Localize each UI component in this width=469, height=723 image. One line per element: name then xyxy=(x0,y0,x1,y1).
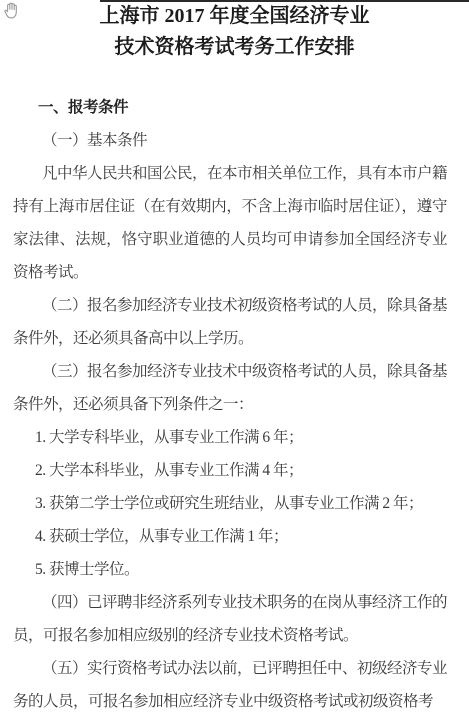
document-title-line-2: 技术资格考试考务工作安排 xyxy=(0,32,469,63)
list-item-3: 3. 获第二学士学位或研究生班结业，从事专业工作满 2 年； xyxy=(13,487,447,520)
doc-line: 务的人员，可报名参加相应经济专业中级资格考试或初级资格考试。 xyxy=(13,685,447,718)
list-item-4: 4. 获硕士学位，从事专业工作满 1 年； xyxy=(13,520,447,553)
doc-line: （四）已评聘非经济系列专业技术职务的在岗从事经济工作的人 xyxy=(13,586,447,619)
doc-line: 条件外，还必须具备高中以上学历。 xyxy=(13,322,447,355)
doc-line: 条件外，还必须具备下列条件之一： xyxy=(13,388,447,421)
document-title: 上海市 2017 年度全国经济专业 技术资格考试考务工作安排 xyxy=(0,0,469,63)
subsection-heading-1: （一）基本条件 xyxy=(13,124,447,157)
document-page: 上海市 2017 年度全国经济专业 技术资格考试考务工作安排 一、报考条件 （一… xyxy=(0,0,469,723)
doc-line: （五）实行资格考试办法以前，已评聘担任中、初级经济专业职 xyxy=(13,652,447,685)
doc-line: 家法律、法规，恪守职业道德的人员均可申请参加全国经济专业技术 xyxy=(13,223,447,256)
doc-line: （二）报名参加经济专业技术初级资格考试的人员，除具备基本 xyxy=(13,289,447,322)
list-item-2: 2. 大学本科毕业，从事专业工作满 4 年； xyxy=(13,454,447,487)
doc-line: （三）报名参加经济专业技术中级资格考试的人员，除具备基本 xyxy=(13,355,447,388)
document-body: 一、报考条件 （一）基本条件 凡中华人民共和国公民，在本市相关单位工作，具有本市… xyxy=(13,91,447,718)
doc-line: 员，可报名参加相应级别的经济专业技术资格考试。 xyxy=(13,619,447,652)
list-item-5: 5. 获博士学位。 xyxy=(13,553,447,586)
top-edge-artifact-line xyxy=(100,0,469,2)
grab-hand-icon xyxy=(3,2,19,20)
doc-line: 资格考试。 xyxy=(13,256,447,289)
list-item-1: 1. 大学专科毕业，从事专业工作满 6 年； xyxy=(13,421,447,454)
section-heading: 一、报考条件 xyxy=(13,91,447,124)
document-title-line-1: 上海市 2017 年度全国经济专业 xyxy=(0,1,469,32)
doc-line: 凡中华人民共和国公民，在本市相关单位工作，具有本市户籍或 xyxy=(13,157,447,190)
doc-line: 持有上海市居住证（在有效期内，不含上海市临时居住证），遵守国 xyxy=(13,190,447,223)
